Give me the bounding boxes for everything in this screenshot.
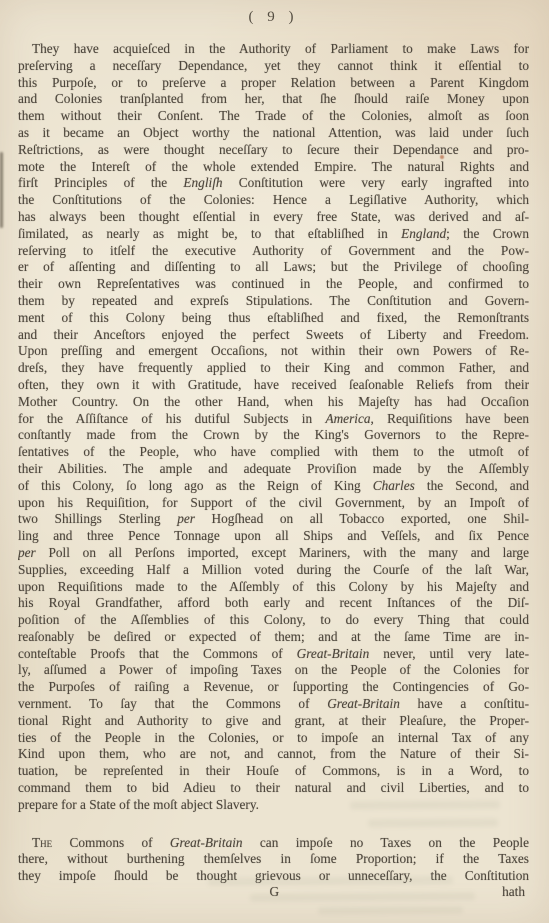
- text-line: firſt Principles of the Engliſh Conſtitu…: [18, 175, 529, 192]
- text-line: and their Anceſtors enjoyed the perfect …: [18, 327, 529, 344]
- text-line: there, without burthening themſelves in …: [18, 851, 529, 868]
- text-line: The Commons of Great-Britain can impoſe …: [18, 835, 529, 852]
- text-line: poſition of the Aſſemblies of this Colon…: [18, 612, 529, 629]
- text-line: this Purpoſe, or to preſerve a proper Re…: [18, 75, 529, 92]
- text-line: per Poll on all Perſons imported, except…: [18, 545, 529, 562]
- text-line: conſtantly made from the Crown by the Ki…: [18, 427, 529, 444]
- text-line: ſimilated, as nearly as might be, to tha…: [18, 226, 529, 243]
- text-line: for the Aſſiſtance of his dutiful Subjec…: [18, 411, 529, 428]
- text-line: their own Repreſentatives was continued …: [18, 276, 529, 293]
- text-line: Reſtrictions, as were thought neceſſary …: [18, 142, 529, 159]
- text-line: ling and three Pence Tonnage upon all Sh…: [18, 528, 529, 545]
- text-line: Kind upon them, who are not, and cannot,…: [18, 746, 529, 763]
- text-line: command them to bid Adieu to their natur…: [18, 780, 529, 797]
- page-number: ( 9 ): [18, 9, 529, 26]
- scanned-document-page: ( 9 ) They have acquieſced in the Author…: [0, 0, 549, 923]
- text-line: ties of the People in the Colonies, or t…: [18, 730, 529, 747]
- text-line: er of aſſenting and diſſenting to all La…: [18, 259, 529, 276]
- text-line: two Shillings Sterling per Hogſhead on a…: [18, 511, 529, 528]
- bleed-through-artifact: [318, 906, 463, 914]
- bleed-through-artifact: [250, 892, 475, 902]
- ink-speck-artifact: [440, 155, 444, 159]
- text-line: Supplies, exceeding Half a Million voted…: [18, 562, 529, 579]
- scan-edge-artifact: [0, 152, 3, 228]
- text-line: the Purpoſes of raiſing a Revenue, or ſu…: [18, 679, 529, 696]
- text-line: tional Right and Authority to give and g…: [18, 713, 529, 730]
- text-line: Mother Country. On the other Hand, when …: [18, 394, 529, 411]
- text-line: ſentatives of the People, who have compl…: [18, 444, 529, 461]
- text-line: and Colonies tranſplanted from her, that…: [18, 91, 529, 108]
- text-line: them without their Conſent. The Trade of…: [18, 108, 529, 125]
- text-line: them by repeated and expreſs Stipulation…: [18, 293, 529, 310]
- paragraph: They have acquieſced in the Authority of…: [18, 41, 529, 814]
- text-line: vernment. To ſay that the Commons of Gre…: [18, 696, 529, 713]
- text-line: their Abilities. The ample and adequate …: [18, 461, 529, 478]
- text-line: has always been thought eſſential in eve…: [18, 209, 529, 226]
- text-line: upon his Requiſition, for Support of the…: [18, 495, 529, 512]
- text-line: dreſs, they have frequently applied to t…: [18, 360, 529, 377]
- text-line: the Conſtitutions of the Colonies: Hence…: [18, 192, 529, 209]
- text-line: mote the Intereſt of the whole extended …: [18, 159, 529, 176]
- bleed-through-artifact: [368, 819, 498, 828]
- text-line: preſerving a neceſſary Dependance, yet t…: [18, 58, 529, 75]
- text-line: his Royal Grandfather, afford both early…: [18, 595, 529, 612]
- bleed-through-artifact: [208, 876, 453, 886]
- text-line: tuation, be repreſented in their Houſe o…: [18, 763, 529, 780]
- text-line: ly, aſſumed a Power of impoſing Taxes on…: [18, 662, 529, 679]
- catchword: hath: [502, 884, 525, 900]
- text-line: ment of this Colony being thus eſtabliſh…: [18, 310, 529, 327]
- text-line: conteſtable Proofs that the Commons of G…: [18, 646, 529, 663]
- text-line: as it became an Object worthy the nation…: [18, 125, 529, 142]
- text-line: often, they own it with Gratitude, have …: [18, 377, 529, 394]
- text-line: Upon preſſing and emergent Occaſions, no…: [18, 343, 529, 360]
- text-line: reſerving to itſelf the executive Author…: [18, 243, 529, 260]
- text-line: upon Requiſitions made to the Aſſembly o…: [18, 579, 529, 596]
- bleed-through-artifact: [350, 800, 500, 809]
- text-line: They have acquieſced in the Authority of…: [18, 41, 529, 58]
- body-text: They have acquieſced in the Authority of…: [18, 41, 529, 885]
- text-line: reaſonably be deſired or expected of the…: [18, 629, 529, 646]
- text-line: of this Colony, ſo long ago as the Reign…: [18, 478, 529, 495]
